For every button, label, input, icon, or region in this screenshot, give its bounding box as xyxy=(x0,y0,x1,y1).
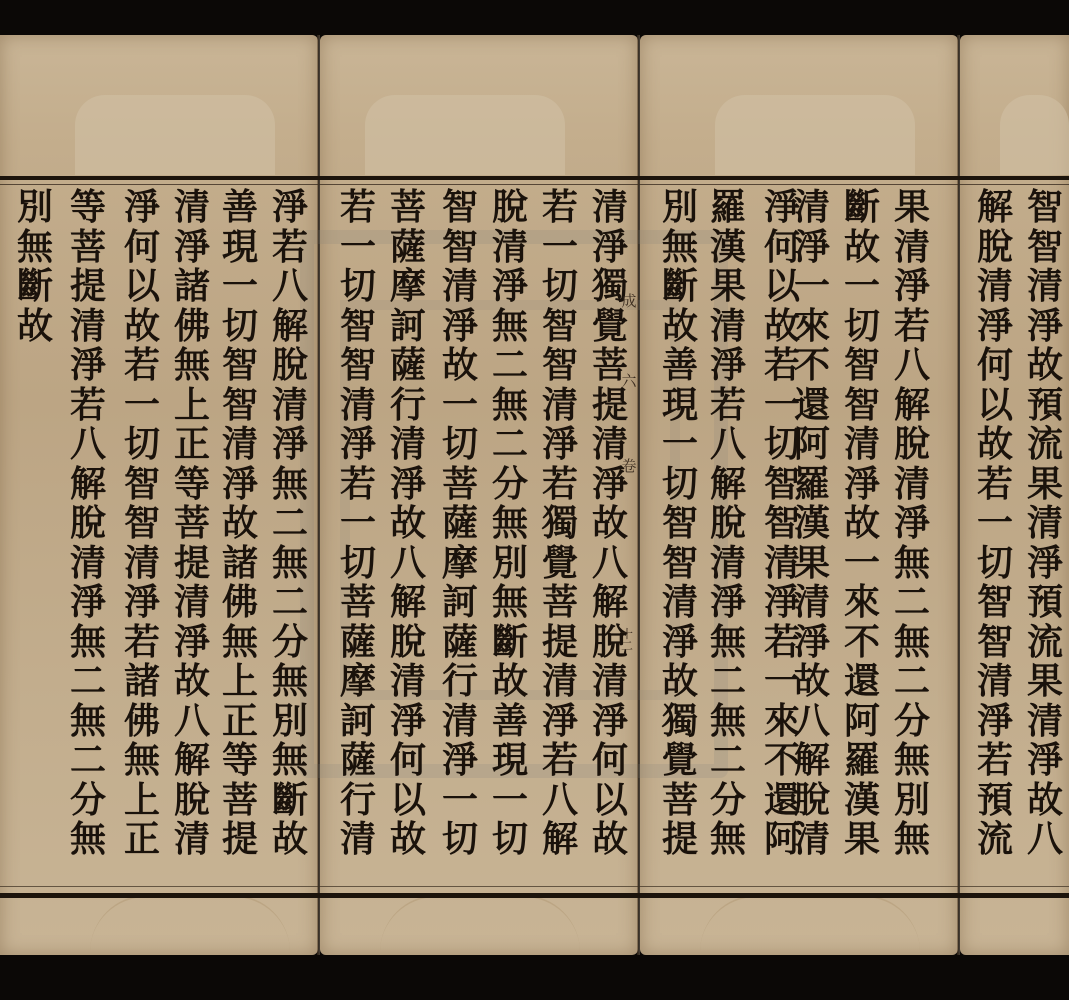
glyph: 淨 xyxy=(65,346,111,386)
text-column: 果清淨若八解脫清淨無二無二分無別無 xyxy=(889,188,935,860)
glyph: 淨 xyxy=(65,583,111,623)
glyph: 提 xyxy=(217,820,263,860)
glyph: 等 xyxy=(65,188,111,228)
glyph: 流 xyxy=(972,820,1018,860)
glyph: 果 xyxy=(1022,465,1068,505)
glyph: 智 xyxy=(217,346,263,386)
text-column: 別無斷故 xyxy=(12,188,58,346)
glyph: 切 xyxy=(119,425,165,465)
glyph: 無 xyxy=(267,544,313,584)
glyph: 別 xyxy=(12,188,58,228)
glyph: 別 xyxy=(889,781,935,821)
glyph: 分 xyxy=(889,702,935,742)
glyph: 漢 xyxy=(839,781,885,821)
glyph: 淨 xyxy=(487,267,533,307)
glyph: 阿 xyxy=(839,702,885,742)
fold-line xyxy=(957,35,960,955)
glyph: 無 xyxy=(65,702,111,742)
glyph: 以 xyxy=(385,781,431,821)
glyph: 若 xyxy=(335,188,381,228)
glyph: 二 xyxy=(889,662,935,702)
glyph: 智 xyxy=(119,504,165,544)
glyph: 切 xyxy=(839,307,885,347)
glyph: 諸 xyxy=(169,267,215,307)
glyph: 一 xyxy=(759,386,805,426)
glyph: 清 xyxy=(1022,504,1068,544)
glyph: 一 xyxy=(839,544,885,584)
glyph: 無 xyxy=(487,386,533,426)
glyph: 一 xyxy=(839,267,885,307)
glyph: 二 xyxy=(267,504,313,544)
glyph: 無 xyxy=(889,741,935,781)
glyph: 清 xyxy=(437,702,483,742)
glyph: 善 xyxy=(657,346,703,386)
glyph: 智 xyxy=(437,228,483,268)
water-stain xyxy=(1000,95,1069,175)
glyph: 切 xyxy=(335,544,381,584)
glyph: 若 xyxy=(889,307,935,347)
glyph: 智 xyxy=(119,465,165,505)
glyph: 清 xyxy=(587,188,633,228)
glyph: 智 xyxy=(1022,188,1068,228)
glyph: 菩 xyxy=(437,465,483,505)
glyph: 清 xyxy=(972,662,1018,702)
glyph: 智 xyxy=(759,465,805,505)
water-stain-bottom xyxy=(380,895,580,952)
glyph: 薩 xyxy=(335,623,381,663)
glyph: 淨 xyxy=(657,623,703,663)
glyph: 預 xyxy=(1022,386,1068,426)
glyph: 解 xyxy=(587,583,633,623)
page-number: 十二 xyxy=(618,628,636,652)
glyph: 何 xyxy=(587,741,633,781)
volume-mark: 成 xyxy=(620,290,638,311)
glyph: 清 xyxy=(705,307,751,347)
glyph: 淨 xyxy=(169,623,215,663)
glyph: 無 xyxy=(889,544,935,584)
glyph: 八 xyxy=(537,781,583,821)
glyph: 淨 xyxy=(705,346,751,386)
glyph: 薩 xyxy=(385,346,431,386)
glyph: 現 xyxy=(657,386,703,426)
glyph: 淨 xyxy=(972,702,1018,742)
glyph: 故 xyxy=(12,307,58,347)
glyph: 清 xyxy=(169,583,215,623)
glyph: 清 xyxy=(587,662,633,702)
glyph: 無 xyxy=(267,741,313,781)
glyph: 切 xyxy=(537,267,583,307)
glyph: 故 xyxy=(119,307,165,347)
glyph: 二 xyxy=(65,741,111,781)
glyph: 解 xyxy=(65,465,111,505)
glyph: 脫 xyxy=(169,781,215,821)
glyph: 切 xyxy=(487,820,533,860)
glyph: 斷 xyxy=(267,781,313,821)
glyph: 故 xyxy=(839,504,885,544)
glyph: 上 xyxy=(217,662,263,702)
glyph: 分 xyxy=(267,623,313,663)
glyph: 淨 xyxy=(537,425,583,465)
glyph: 二 xyxy=(267,583,313,623)
glyph: 以 xyxy=(972,386,1018,426)
glyph: 故 xyxy=(839,228,885,268)
glyph: 分 xyxy=(705,781,751,821)
water-stain xyxy=(75,95,275,175)
glyph: 清 xyxy=(537,662,583,702)
glyph: 無 xyxy=(705,820,751,860)
glyph: 淨 xyxy=(759,583,805,623)
glyph: 淨 xyxy=(587,228,633,268)
glyph: 菩 xyxy=(335,583,381,623)
glyph: 清 xyxy=(889,465,935,505)
glyph: 脫 xyxy=(487,188,533,228)
glyph: 清 xyxy=(385,662,431,702)
text-column: 善現一切智智清淨故諸佛無上正等菩提 xyxy=(217,188,263,860)
glyph: 提 xyxy=(657,820,703,860)
glyph: 故 xyxy=(587,820,633,860)
glyph: 覺 xyxy=(537,544,583,584)
text-column: 羅漢果清淨若八解脫清淨無二無二分無 xyxy=(705,188,751,860)
glyph: 無 xyxy=(267,662,313,702)
water-stain xyxy=(715,95,915,175)
glyph: 淨 xyxy=(1022,544,1068,584)
glyph: 解 xyxy=(267,307,313,347)
glyph: 來 xyxy=(839,583,885,623)
glyph: 清 xyxy=(972,267,1018,307)
glyph: 無 xyxy=(65,623,111,663)
text-column: 若一切智智清淨若一切菩薩摩訶薩行清 xyxy=(335,188,381,860)
glyph: 二 xyxy=(705,741,751,781)
glyph: 故 xyxy=(657,662,703,702)
glyph: 故 xyxy=(587,504,633,544)
glyph: 智 xyxy=(217,386,263,426)
glyph: 若 xyxy=(972,465,1018,505)
glyph: 無 xyxy=(267,465,313,505)
glyph: 二 xyxy=(889,583,935,623)
glyph: 智 xyxy=(335,346,381,386)
glyph: 流 xyxy=(1022,425,1068,465)
glyph: 無 xyxy=(217,623,263,663)
bottom-border-rule-thin xyxy=(0,886,1069,887)
glyph: 一 xyxy=(437,781,483,821)
glyph: 切 xyxy=(437,425,483,465)
glyph: 二 xyxy=(65,662,111,702)
glyph: 淨 xyxy=(1022,741,1068,781)
glyph: 清 xyxy=(335,386,381,426)
glyph: 智 xyxy=(839,346,885,386)
glyph: 故 xyxy=(1022,346,1068,386)
glyph: 智 xyxy=(972,583,1018,623)
glyph: 八 xyxy=(705,425,751,465)
glyph: 解 xyxy=(385,583,431,623)
glyph: 摩 xyxy=(335,662,381,702)
glyph: 一 xyxy=(217,267,263,307)
glyph: 佛 xyxy=(217,583,263,623)
glyph: 還 xyxy=(839,662,885,702)
glyph: 淨 xyxy=(119,188,165,228)
glyph: 若 xyxy=(759,346,805,386)
glyph: 脫 xyxy=(889,425,935,465)
glyph: 智 xyxy=(335,307,381,347)
text-column: 解脫清淨何以故若一切智智清淨若預流 xyxy=(972,188,1018,860)
glyph: 清 xyxy=(537,386,583,426)
glyph: 若 xyxy=(537,741,583,781)
glyph: 若 xyxy=(972,741,1018,781)
glyph: 分 xyxy=(65,781,111,821)
glyph: 阿 xyxy=(759,820,805,860)
glyph: 清 xyxy=(65,544,111,584)
glyph: 斷 xyxy=(839,188,885,228)
glyph: 智 xyxy=(759,504,805,544)
glyph: 無 xyxy=(487,583,533,623)
glyph: 若 xyxy=(119,346,165,386)
glyph: 淨 xyxy=(839,465,885,505)
glyph: 若 xyxy=(335,465,381,505)
glyph: 別 xyxy=(657,188,703,228)
glyph: 切 xyxy=(972,544,1018,584)
glyph: 果 xyxy=(1022,662,1068,702)
glyph: 智 xyxy=(1022,228,1068,268)
glyph: 菩 xyxy=(169,504,215,544)
glyph: 淨 xyxy=(335,425,381,465)
glyph: 脫 xyxy=(385,623,431,663)
glyph: 善 xyxy=(217,188,263,228)
glyph: 斷 xyxy=(12,267,58,307)
glyph: 二 xyxy=(487,346,533,386)
glyph: 切 xyxy=(217,307,263,347)
glyph: 清 xyxy=(169,820,215,860)
glyph: 正 xyxy=(169,425,215,465)
glyph: 淨 xyxy=(437,741,483,781)
glyph: 果 xyxy=(889,188,935,228)
glyph: 故 xyxy=(972,425,1018,465)
glyph: 清 xyxy=(657,583,703,623)
glyph: 清 xyxy=(839,425,885,465)
glyph: 預 xyxy=(1022,583,1068,623)
glyph: 一 xyxy=(437,386,483,426)
glyph: 諸 xyxy=(119,662,165,702)
glyph: 提 xyxy=(537,623,583,663)
glyph: 脫 xyxy=(705,504,751,544)
glyph: 解 xyxy=(705,465,751,505)
glyph: 菩 xyxy=(385,188,431,228)
water-stain-bottom xyxy=(90,895,290,952)
glyph: 等 xyxy=(217,741,263,781)
glyph: 故 xyxy=(169,662,215,702)
glyph: 清 xyxy=(1022,702,1068,742)
glyph: 一 xyxy=(657,425,703,465)
glyph: 淨 xyxy=(385,465,431,505)
glyph: 行 xyxy=(437,662,483,702)
glyph: 淨 xyxy=(385,702,431,742)
glyph: 切 xyxy=(335,267,381,307)
glyph: 故 xyxy=(267,820,313,860)
glyph: 斷 xyxy=(657,267,703,307)
glyph: 薩 xyxy=(437,623,483,663)
glyph: 行 xyxy=(335,781,381,821)
glyph: 八 xyxy=(385,544,431,584)
volume-mark: 卷 xyxy=(620,455,638,476)
glyph: 淨 xyxy=(889,267,935,307)
glyph: 一 xyxy=(335,228,381,268)
glyph: 淨 xyxy=(217,465,263,505)
glyph: 菩 xyxy=(217,781,263,821)
glyph: 無 xyxy=(12,228,58,268)
glyph: 二 xyxy=(705,662,751,702)
glyph: 解 xyxy=(889,386,935,426)
text-column: 別無斷故善現一切智智清淨故獨覺菩提 xyxy=(657,188,703,860)
glyph: 無 xyxy=(169,346,215,386)
glyph: 提 xyxy=(169,544,215,584)
glyph: 故 xyxy=(487,662,533,702)
glyph: 淨 xyxy=(972,307,1018,347)
glyph: 漢 xyxy=(705,228,751,268)
glyph: 淨 xyxy=(267,425,313,465)
glyph: 無 xyxy=(705,623,751,663)
glyph: 故 xyxy=(1022,781,1068,821)
glyph: 清 xyxy=(267,386,313,426)
glyph: 淨 xyxy=(759,188,805,228)
volume-mark: 六 xyxy=(620,370,638,391)
glyph: 切 xyxy=(657,465,703,505)
glyph: 淨 xyxy=(587,702,633,742)
glyph: 何 xyxy=(385,741,431,781)
glyph: 無 xyxy=(65,820,111,860)
glyph: 清 xyxy=(385,425,431,465)
glyph: 若 xyxy=(537,465,583,505)
glyph: 智 xyxy=(537,307,583,347)
glyph: 淨 xyxy=(437,307,483,347)
glyph: 故 xyxy=(657,307,703,347)
glyph: 薩 xyxy=(437,504,483,544)
glyph: 無 xyxy=(487,504,533,544)
glyph: 摩 xyxy=(437,544,483,584)
glyph: 一 xyxy=(759,662,805,702)
glyph: 清 xyxy=(487,228,533,268)
glyph: 佛 xyxy=(169,307,215,347)
glyph: 無 xyxy=(119,741,165,781)
glyph: 正 xyxy=(119,820,165,860)
glyph: 羅 xyxy=(705,188,751,228)
glyph: 八 xyxy=(587,544,633,584)
fold-line xyxy=(317,35,320,955)
glyph: 清 xyxy=(65,307,111,347)
glyph: 若 xyxy=(537,188,583,228)
glyph: 清 xyxy=(889,228,935,268)
glyph: 果 xyxy=(705,267,751,307)
glyph: 覺 xyxy=(657,741,703,781)
glyph: 故 xyxy=(385,820,431,860)
glyph: 來 xyxy=(759,702,805,742)
glyph: 八 xyxy=(1022,820,1068,860)
glyph: 切 xyxy=(759,425,805,465)
glyph: 清 xyxy=(119,544,165,584)
glyph: 解 xyxy=(537,820,583,860)
glyph: 脫 xyxy=(267,346,313,386)
glyph: 別 xyxy=(267,702,313,742)
glyph: 若 xyxy=(65,386,111,426)
glyph: 何 xyxy=(972,346,1018,386)
glyph: 一 xyxy=(335,504,381,544)
glyph: 淨 xyxy=(169,228,215,268)
glyph: 脫 xyxy=(65,504,111,544)
glyph: 解 xyxy=(169,741,215,781)
glyph: 不 xyxy=(839,623,885,663)
glyph: 八 xyxy=(889,346,935,386)
glyph: 二 xyxy=(487,425,533,465)
text-column: 等菩提清淨若八解脫清淨無二無二分無 xyxy=(65,188,111,860)
glyph: 菩 xyxy=(65,228,111,268)
glyph: 切 xyxy=(437,820,483,860)
glyph: 獨 xyxy=(537,504,583,544)
glyph: 以 xyxy=(759,267,805,307)
glyph: 獨 xyxy=(657,702,703,742)
glyph: 何 xyxy=(759,228,805,268)
glyph: 現 xyxy=(217,228,263,268)
glyph: 還 xyxy=(759,781,805,821)
glyph: 若 xyxy=(119,623,165,663)
glyph: 善 xyxy=(487,702,533,742)
water-stain xyxy=(365,95,565,175)
glyph: 流 xyxy=(1022,623,1068,663)
glyph: 八 xyxy=(65,425,111,465)
text-column: 斷故一切智智清淨故一來不還阿羅漢果 xyxy=(839,188,885,860)
glyph: 智 xyxy=(972,623,1018,663)
water-stain-bottom xyxy=(700,895,920,952)
glyph: 薩 xyxy=(385,228,431,268)
glyph: 淨 xyxy=(1022,307,1068,347)
top-border-rule-thin xyxy=(0,184,1069,185)
glyph: 訶 xyxy=(335,702,381,742)
glyph: 別 xyxy=(487,544,533,584)
bottom-border-rule xyxy=(0,893,1069,898)
text-column: 淨何以故若一切智智清淨若諸佛無上正 xyxy=(119,188,165,860)
glyph: 清 xyxy=(217,425,263,465)
glyph: 一 xyxy=(972,504,1018,544)
glyph: 訶 xyxy=(437,583,483,623)
glyph: 故 xyxy=(437,346,483,386)
glyph: 淨 xyxy=(889,504,935,544)
glyph: 分 xyxy=(487,465,533,505)
glyph: 智 xyxy=(839,386,885,426)
text-column: 智智清淨故預流果清淨預流果清淨故八 xyxy=(1022,188,1068,860)
top-border-rule xyxy=(0,176,1069,180)
glyph: 淨 xyxy=(537,702,583,742)
glyph: 清 xyxy=(437,267,483,307)
text-column: 脫清淨無二無二分無別無斷故善現一切 xyxy=(487,188,533,860)
glyph: 清 xyxy=(705,544,751,584)
text-column: 菩薩摩訶薩行清淨故八解脫清淨何以故 xyxy=(385,188,431,860)
text-column: 淨何以故若一切智智清淨若一來不還阿 xyxy=(759,188,805,860)
glyph: 淨 xyxy=(705,583,751,623)
glyph: 智 xyxy=(437,188,483,228)
glyph: 摩 xyxy=(385,267,431,307)
glyph: 一 xyxy=(537,228,583,268)
glyph: 訶 xyxy=(385,307,431,347)
glyph: 無 xyxy=(657,228,703,268)
glyph: 無 xyxy=(889,623,935,663)
glyph: 智 xyxy=(537,346,583,386)
glyph: 行 xyxy=(385,386,431,426)
glyph: 八 xyxy=(169,702,215,742)
glyph: 以 xyxy=(119,267,165,307)
glyph: 故 xyxy=(385,504,431,544)
glyph: 不 xyxy=(759,741,805,781)
glyph: 若 xyxy=(267,228,313,268)
glyph: 無 xyxy=(705,702,751,742)
text-column: 若一切智智清淨若獨覺菩提清淨若八解 xyxy=(537,188,583,860)
glyph: 覺 xyxy=(587,307,633,347)
